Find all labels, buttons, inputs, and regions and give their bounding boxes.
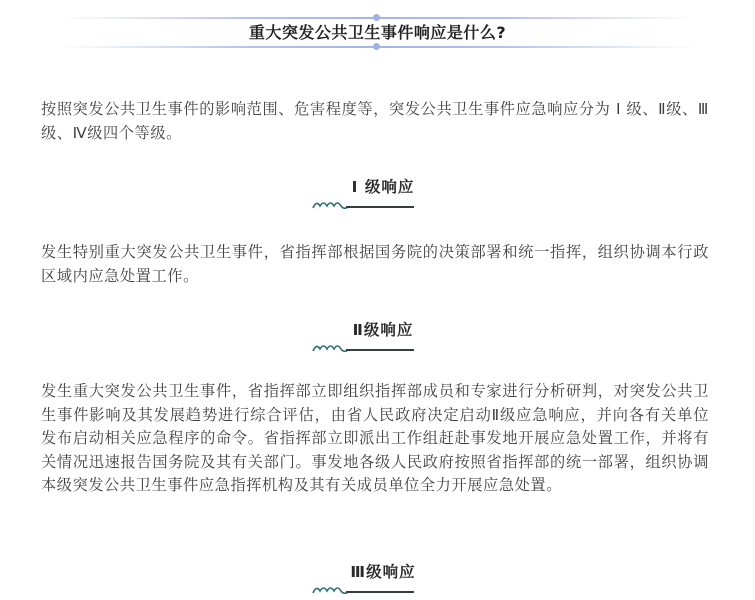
section-2-paragraph: 发生重大突发公共卫生事件，省指挥部立即组织指挥部成员和专家进行分析研判，对突发公… xyxy=(41,380,709,498)
heading-underline xyxy=(346,591,414,593)
heading-underline xyxy=(346,349,414,351)
heading-underline xyxy=(346,206,414,208)
wave-decoration-icon xyxy=(312,341,348,353)
title-dot-top-icon xyxy=(373,14,380,21)
title-block: 重大突发公共卫生事件响应是什么? xyxy=(0,0,755,60)
wave-decoration-icon xyxy=(312,583,348,595)
section-heading-level-1: Ⅰ 级响应 xyxy=(300,176,460,216)
section-title: Ⅱ级响应 xyxy=(348,319,418,341)
section-title: Ⅲ级响应 xyxy=(348,561,418,583)
section-heading-level-2: Ⅱ级响应 xyxy=(300,319,460,359)
wave-decoration-icon xyxy=(312,198,348,210)
section-heading-level-3: Ⅲ级响应 xyxy=(300,561,460,600)
intro-paragraph: 按照突发公共卫生事件的影响范围、危害程度等，突发公共卫生事件应急响应分为 Ⅰ 级… xyxy=(41,98,709,145)
article-page: 重大突发公共卫生事件响应是什么? 按照突发公共卫生事件的影响范围、危害程度等，突… xyxy=(0,0,755,600)
page-title: 重大突发公共卫生事件响应是什么? xyxy=(0,21,755,45)
title-dot-bottom-icon xyxy=(373,43,380,50)
section-1-paragraph: 发生特别重大突发公共卫生事件，省指挥部根据国务院的决策部署和统一指挥，组织协调本… xyxy=(41,241,709,288)
section-title: Ⅰ 级响应 xyxy=(348,176,418,198)
